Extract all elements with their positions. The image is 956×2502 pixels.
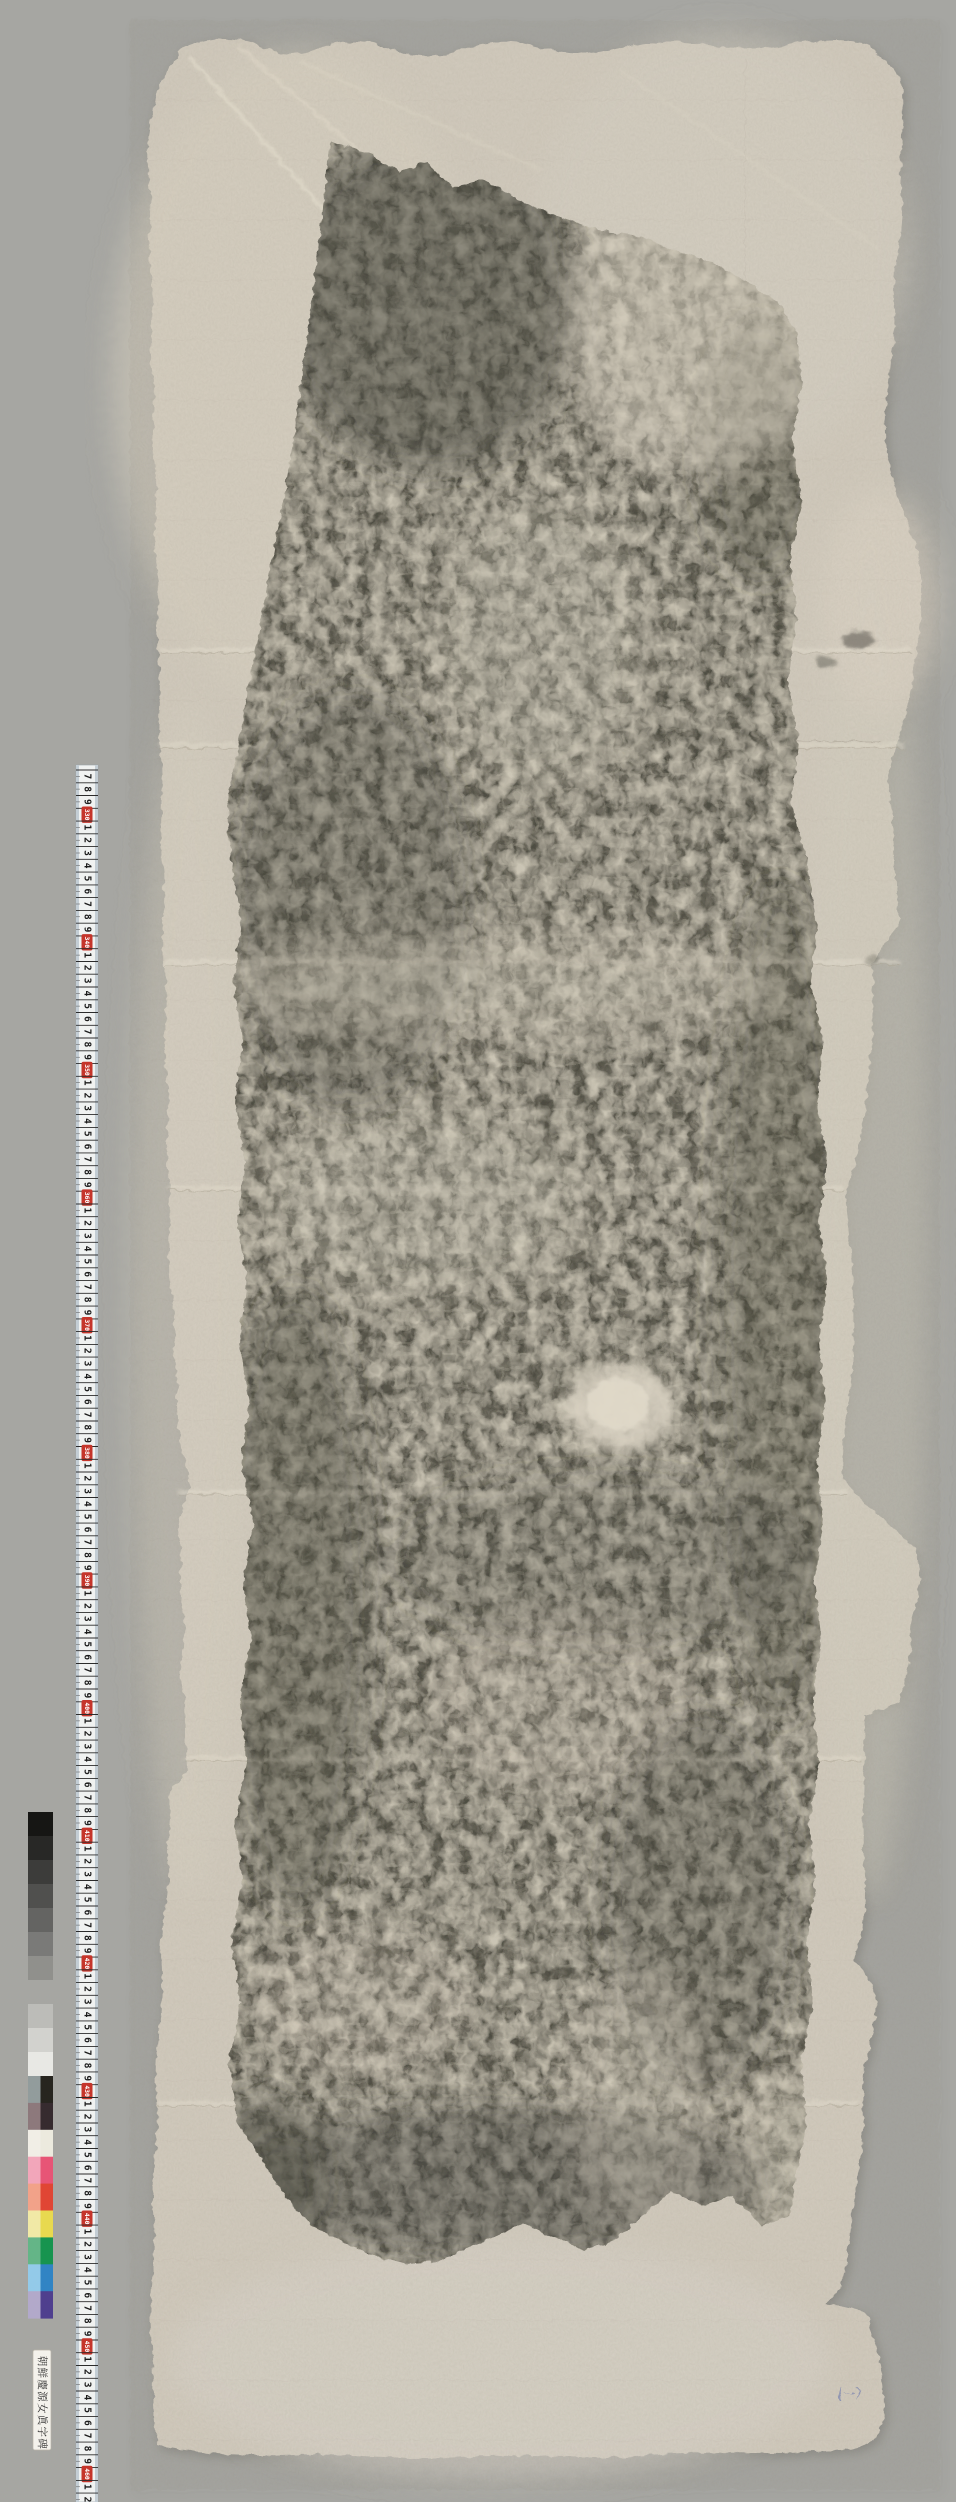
tape-cm-number: 1 — [82, 1590, 93, 1596]
color-patch-dark — [41, 2103, 54, 2130]
tape-decade-number: 350 — [83, 1064, 91, 1076]
tape-cm-number: 6 — [82, 2420, 93, 2426]
screenshot-stage: (一) 789330123456789340123456789350123456… — [0, 0, 956, 2502]
tape-measure: 7893301234567893401234567893501234567893… — [76, 765, 98, 2502]
tape-decade-number: 450 — [83, 2341, 91, 2353]
color-patch-light — [28, 2157, 41, 2184]
tape-cm-number: 4 — [82, 1373, 93, 1379]
grayscale-step — [28, 2052, 53, 2077]
tape-cm-number: 9 — [82, 1437, 93, 1443]
tape-cm-number: 1 — [82, 2101, 93, 2107]
tape-cm-number: 6 — [82, 1654, 93, 1660]
label-character: 碑 — [36, 2438, 49, 2449]
tape-cm-number: 3 — [82, 1999, 93, 2005]
color-patch-dark — [41, 2157, 54, 2184]
tape-cm-number: 6 — [82, 1399, 93, 1405]
tape-cm-number: 3 — [82, 1488, 93, 1494]
color-patch-dark — [41, 2237, 54, 2264]
tape-cm-number: 5 — [82, 1131, 93, 1137]
tape-cm-number: 2 — [82, 1731, 93, 1737]
color-patch-light — [28, 2130, 41, 2157]
tape-cm-number: 2 — [82, 1220, 93, 1226]
tape-decade-number: 360 — [83, 1192, 91, 1204]
tape-cm-number: 9 — [82, 1948, 93, 1954]
label-character: 鮮 — [36, 2368, 49, 2379]
tape-cm-number: 6 — [82, 2037, 93, 2043]
tape-cm-number: 3 — [82, 1361, 93, 1367]
tape-cm-number: 4 — [82, 991, 93, 997]
tape-cm-number: 8 — [82, 2190, 93, 2196]
tape-cm-number: 8 — [82, 2318, 93, 2324]
tape-cm-number: 1 — [82, 1208, 93, 1214]
tape-cm-number: 1 — [82, 1463, 93, 1469]
tape-cm-number: 3 — [82, 2254, 93, 2260]
tape-cm-number: 5 — [82, 2407, 93, 2413]
color-patch-dark — [41, 2211, 54, 2238]
tape-cm-number: 3 — [82, 1105, 93, 1111]
tape-cm-number: 6 — [82, 1782, 93, 1788]
tape-cm-number: 4 — [82, 1118, 93, 1124]
tape-cm-number: 4 — [82, 2012, 93, 2018]
tape-cm-number: 7 — [82, 1667, 93, 1673]
color-patch-dark — [41, 2184, 54, 2211]
tape-cm-number: 9 — [82, 1565, 93, 1571]
tape-cm-number: 5 — [82, 2280, 93, 2286]
tape-cm-number: 6 — [82, 1144, 93, 1150]
tape-cm-number: 3 — [82, 2127, 93, 2133]
color-patch-light — [28, 2103, 41, 2130]
tape-cm-number: 4 — [82, 1884, 93, 1890]
color-patch-dark — [41, 2130, 54, 2157]
tape-cm-number: 8 — [82, 1297, 93, 1303]
tape-cm-number: 7 — [82, 2178, 93, 2184]
tape-cm-number: 2 — [82, 1603, 93, 1609]
grayscale-step — [28, 1860, 53, 1885]
tape-cm-number: 7 — [82, 901, 93, 907]
tape-cm-number: 8 — [82, 1807, 93, 1813]
tape-cm-number: 9 — [82, 1310, 93, 1316]
tape-cm-number: 3 — [82, 1616, 93, 1622]
color-patch-dark — [41, 2264, 54, 2291]
tape-cm-number: 3 — [82, 978, 93, 984]
grayscale-step — [28, 2028, 53, 2053]
tape-cm-number: 3 — [82, 1871, 93, 1877]
tape-cm-number: 8 — [82, 1169, 93, 1175]
tape-cm-number: 3 — [82, 2382, 93, 2388]
tape-cm-number: 2 — [82, 837, 93, 843]
tape-cm-number: 7 — [82, 1284, 93, 1290]
color-patch-light — [28, 2184, 41, 2211]
tape-cm-number: 8 — [82, 2063, 93, 2069]
tape-cm-number: 8 — [82, 1552, 93, 1558]
tape-cm-number: 6 — [82, 888, 93, 894]
tape-cm-number: 5 — [82, 1641, 93, 1647]
tape-cm-number: 8 — [82, 1424, 93, 1430]
tape-cm-number: 2 — [82, 965, 93, 971]
tape-cm-number: 1 — [82, 1080, 93, 1086]
tape-cm-number: 7 — [82, 1539, 93, 1545]
tape-cm-number: 2 — [82, 1858, 93, 1864]
tape-cm-number: 9 — [82, 799, 93, 805]
tape-cm-number: 5 — [82, 876, 93, 882]
color-calibration-bar — [28, 2076, 53, 2319]
color-patch-light — [28, 2264, 41, 2291]
color-patch-light — [28, 2237, 41, 2264]
tape-cm-number: 1 — [82, 2229, 93, 2235]
grayscale-step — [28, 1836, 53, 1861]
tape-cm-number: 4 — [82, 2267, 93, 2273]
tape-cm-number: 4 — [82, 2395, 93, 2401]
tape-cm-number: 8 — [82, 914, 93, 920]
tape-cm-number: 6 — [82, 1527, 93, 1533]
tape-cm-number: 8 — [82, 786, 93, 792]
color-patch-light — [28, 2291, 41, 2318]
tape-decade-number: 370 — [83, 1319, 91, 1331]
tape-cm-number: 6 — [82, 1271, 93, 1277]
tape-cm-number: 1 — [82, 952, 93, 958]
ink-rubbing-area — [202, 125, 845, 2280]
tape-cm-number: 7 — [82, 774, 93, 780]
tape-cm-number: 1 — [82, 1973, 93, 1979]
rubbing-paper: (一) — [110, 20, 940, 2490]
rubbing-photograph: (一) 789330123456789340123456789350123456… — [0, 0, 956, 2502]
tape-cm-number: 5 — [82, 1769, 93, 1775]
color-patch-dark — [41, 2076, 54, 2103]
tape-cm-number: 7 — [82, 2433, 93, 2439]
tape-decade-number: 440 — [83, 2213, 91, 2225]
tape-cm-number: 4 — [82, 1501, 93, 1507]
grayscale-step — [28, 1884, 53, 1909]
tape-cm-number: 3 — [82, 850, 93, 856]
color-patch-light — [28, 2076, 41, 2103]
tape-cm-number: 4 — [82, 1246, 93, 1252]
tape-cm-number: 9 — [82, 2203, 93, 2209]
label-character: 女 — [36, 2403, 49, 2414]
tape-cm-number: 2 — [82, 2114, 93, 2120]
label-character: 朝 — [36, 2356, 49, 2367]
tape-cm-number: 9 — [82, 1693, 93, 1699]
tape-decade-number: 410 — [83, 1830, 91, 1842]
tape-cm-number: 4 — [82, 2139, 93, 2145]
tape-cm-number: 7 — [82, 2305, 93, 2311]
tape-cm-number: 1 — [82, 1335, 93, 1341]
tape-cm-number: 7 — [82, 1156, 93, 1162]
tape-cm-number: 8 — [82, 2446, 93, 2452]
grayscale-calibration-bar — [28, 1812, 53, 2077]
tape-cm-number: 2 — [82, 2497, 93, 2502]
tape-cm-number: 2 — [82, 1476, 93, 1482]
tape-cm-number: 6 — [82, 2165, 93, 2171]
tape-cm-number: 9 — [82, 1054, 93, 1060]
label-character: 字 — [36, 2427, 48, 2438]
tape-cm-number: 7 — [82, 1795, 93, 1801]
label-character: 慶 — [36, 2379, 49, 2390]
grayscale-step — [28, 1932, 53, 1957]
tape-cm-number: 2 — [82, 1093, 93, 1099]
artifact-label: 朝鮮慶源女眞字碑 — [33, 2350, 51, 2450]
tape-cm-number: 2 — [82, 2369, 93, 2375]
tape-decade-number: 430 — [83, 2085, 91, 2097]
tape-cm-number: 2 — [82, 2241, 93, 2247]
tape-cm-number: 1 — [82, 1718, 93, 1724]
tape-cm-number: 4 — [82, 1756, 93, 1762]
tape-cm-number: 5 — [82, 1897, 93, 1903]
label-character: 源 — [36, 2391, 49, 2402]
tape-cm-number: 1 — [82, 2484, 93, 2490]
tape-cm-number: 9 — [82, 1182, 93, 1188]
pencil-mark: (一) — [837, 2387, 860, 2402]
tape-cm-number: 5 — [82, 1514, 93, 1520]
tape-cm-number: 6 — [82, 1910, 93, 1916]
tape-decade-number: 400 — [83, 1702, 91, 1714]
tape-decade-number: 380 — [83, 1447, 91, 1459]
tape-cm-number: 3 — [82, 1744, 93, 1750]
tape-cm-number: 7 — [82, 1412, 93, 1418]
tape-cm-number: 7 — [82, 2050, 93, 2056]
grayscale-step — [28, 2004, 53, 2029]
tape-decade-number: 340 — [83, 937, 91, 949]
grayscale-step — [28, 1812, 53, 1837]
tape-cm-number: 7 — [82, 1029, 93, 1035]
tape-cm-number: 6 — [82, 2292, 93, 2298]
label-character: 眞 — [36, 2415, 49, 2426]
tape-cm-number: 6 — [82, 1016, 93, 1022]
tape-cm-number: 8 — [82, 1042, 93, 1048]
tape-cm-number: 7 — [82, 1922, 93, 1928]
tape-cm-number: 5 — [82, 2152, 93, 2158]
tape-cm-number: 5 — [82, 1259, 93, 1265]
tape-cm-number: 5 — [82, 1386, 93, 1392]
tape-cm-number: 2 — [82, 1348, 93, 1354]
grayscale-step — [28, 1956, 53, 1981]
tape-cm-number: 8 — [82, 1935, 93, 1941]
ink-bald-spot — [565, 1364, 675, 1452]
color-patch-dark — [41, 2291, 54, 2318]
rubbing-paper-shadowed: (一) — [110, 20, 940, 2490]
tape-decade-number: 460 — [83, 2468, 91, 2480]
tape-cm-number: 1 — [82, 825, 93, 831]
tape-cm-number: 2 — [82, 1986, 93, 1992]
tape-cm-number: 1 — [82, 1846, 93, 1852]
grayscale-step — [28, 1980, 53, 2005]
tape-cm-number: 9 — [82, 2331, 93, 2337]
tape-decade-number: 330 — [83, 809, 91, 821]
tape-cm-number: 8 — [82, 1680, 93, 1686]
tape-cm-number: 1 — [82, 2356, 93, 2362]
tape-cm-number: 9 — [82, 2075, 93, 2081]
tape-decade-number: 390 — [83, 1575, 91, 1587]
tape-cm-number: 3 — [82, 1233, 93, 1239]
tape-cm-number: 9 — [82, 2458, 93, 2464]
tape-cm-number: 9 — [82, 1820, 93, 1826]
tape-cm-number: 5 — [82, 1003, 93, 1009]
tape-decade-number: 420 — [83, 1958, 91, 1970]
tape-cm-number: 5 — [82, 2024, 93, 2030]
tape-cm-number: 4 — [82, 1629, 93, 1635]
tape-cm-number: 4 — [82, 863, 93, 869]
color-patch-light — [28, 2211, 41, 2238]
tape-cm-number: 9 — [82, 927, 93, 933]
grayscale-step — [28, 1908, 53, 1933]
